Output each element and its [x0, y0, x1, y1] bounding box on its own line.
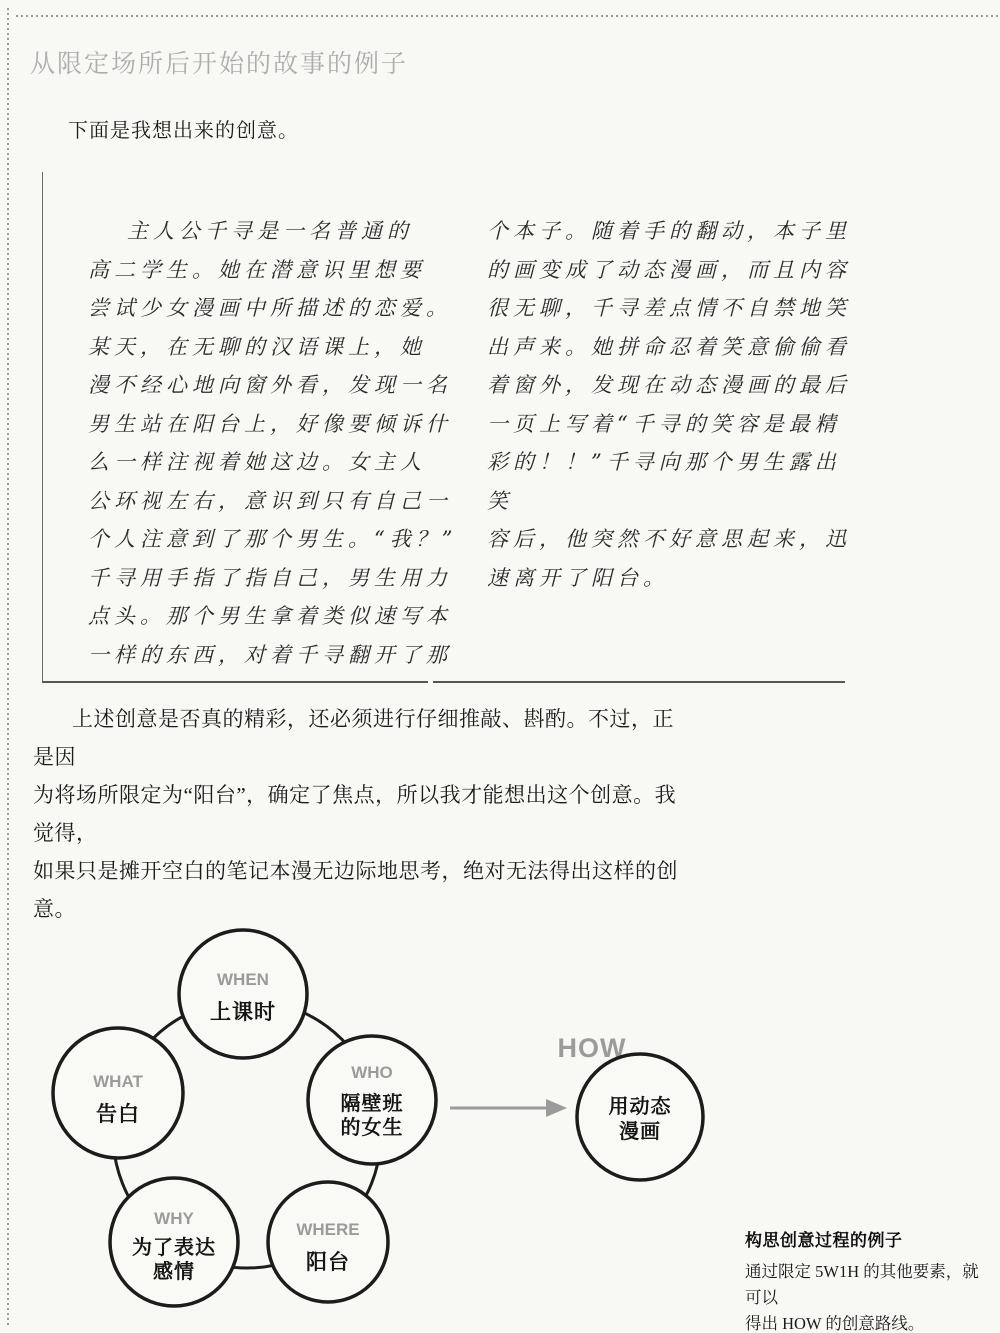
node-when-value: 上课时: [210, 1001, 276, 1024]
figure-caption-title: 构思创意过程的例子: [745, 1226, 993, 1251]
node-why: WHY 为了表达 感情: [110, 1178, 238, 1306]
figure-caption: 构思创意过程的例子 通过限定 5W1H 的其他要素，就可以 得出 HOW 的创意…: [745, 1226, 993, 1333]
node-why-value-line1: 为了表达: [132, 1235, 216, 1259]
node-who-value-line1: 隔壁班: [341, 1091, 404, 1115]
node-why-label: WHY: [154, 1209, 194, 1228]
story-column-left: 主人公千寻是一名普通的 高二学生。她在潜意识里想要 尝试少女漫画中所描述的恋爱。…: [88, 212, 460, 674]
node-where: WHERE 阳台: [268, 1182, 388, 1302]
node-why-value-line2: 感情: [153, 1259, 195, 1283]
figure-caption-body: 通过限定 5W1H 的其他要素，就可以 得出 HOW 的创意路线。: [745, 1259, 993, 1333]
5w1h-diagram: WHEN 上课时 WHAT 告白 WHO 隔壁班 的女生 WHY 为了表达 感情…: [0, 880, 720, 1333]
arrow-right-icon: [450, 1099, 567, 1117]
node-what-value: 告白: [96, 1102, 140, 1126]
node-who-value-line2: 的女生: [341, 1115, 404, 1139]
node-who-label: WHO: [351, 1063, 393, 1082]
node-where-label: WHERE: [296, 1220, 359, 1239]
intro-sentence: 下面是我想出来的创意。: [68, 114, 299, 143]
section-title: 从限定场所后开始的故事的例子: [30, 44, 408, 80]
story-column-right: 个本子。随着手的翻动，本子里 的画变成了动态漫画，而且内容 很无聊，千寻差点情不…: [487, 212, 862, 597]
node-how-value-line2: 漫画: [619, 1120, 661, 1143]
node-how: 用动态 漫画: [577, 1054, 703, 1180]
node-what: WHAT 告白: [53, 1028, 183, 1158]
node-how-value-line1: 用动态: [609, 1094, 672, 1118]
story-box-bottom-border-left: [42, 681, 428, 683]
page-top-dotted-border: [16, 15, 998, 17]
node-where-value: 阳台: [306, 1250, 350, 1274]
story-box-bottom-border-right: [433, 681, 845, 683]
node-what-label: WHAT: [93, 1072, 143, 1091]
node-when-label: WHEN: [217, 970, 269, 989]
story-box-left-border: [42, 172, 43, 682]
node-when: WHEN 上课时: [179, 930, 307, 1058]
node-who: WHO 隔壁班 的女生: [308, 1036, 436, 1164]
